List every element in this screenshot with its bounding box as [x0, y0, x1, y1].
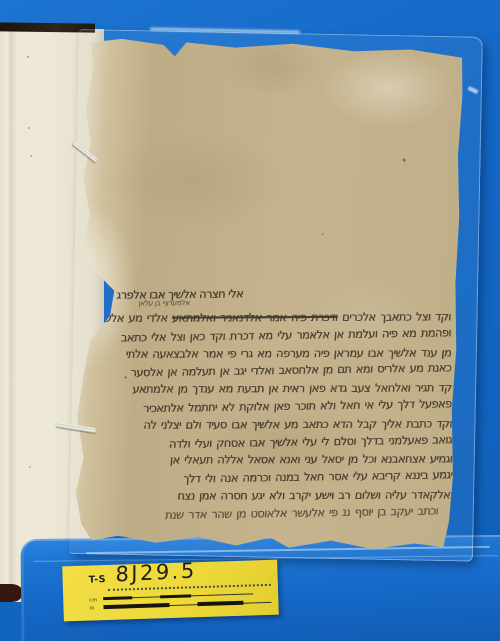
scale-bar-segment [160, 594, 191, 598]
manuscript-fragment: אלי חצרה אלשיך אבו אלפרג אלמערוף בן עלאן… [72, 36, 463, 552]
manuscript-textblock: אלי חצרה אלשיך אבו אלפרג אלמערוף בן עלאן… [86, 282, 452, 524]
scale-bar-segment [197, 601, 243, 606]
scale-bar-segment [103, 596, 132, 600]
line-pre-text: וקד וצל כתאבך אלכרים [337, 309, 451, 323]
classmark-prefix: T-S [88, 574, 106, 586]
in-unit-label: in [89, 605, 94, 611]
struck-text: ודכרת פיה אמר אלדנאניר ואלמתאע [171, 310, 338, 325]
manuscript-last-line: וכתב יעקב בן יוסף ננ פי אלעשר אלאוסט מן … [88, 502, 439, 525]
in-scale-bar [103, 599, 271, 609]
cm-unit-label: cm [89, 597, 97, 603]
binding-edge-bottom [0, 584, 23, 602]
classmark-label: T-S 8J29.5 cm in [62, 560, 279, 622]
classmark-number: 8J29.5 [115, 558, 196, 586]
scale-bar-segment [103, 603, 169, 609]
